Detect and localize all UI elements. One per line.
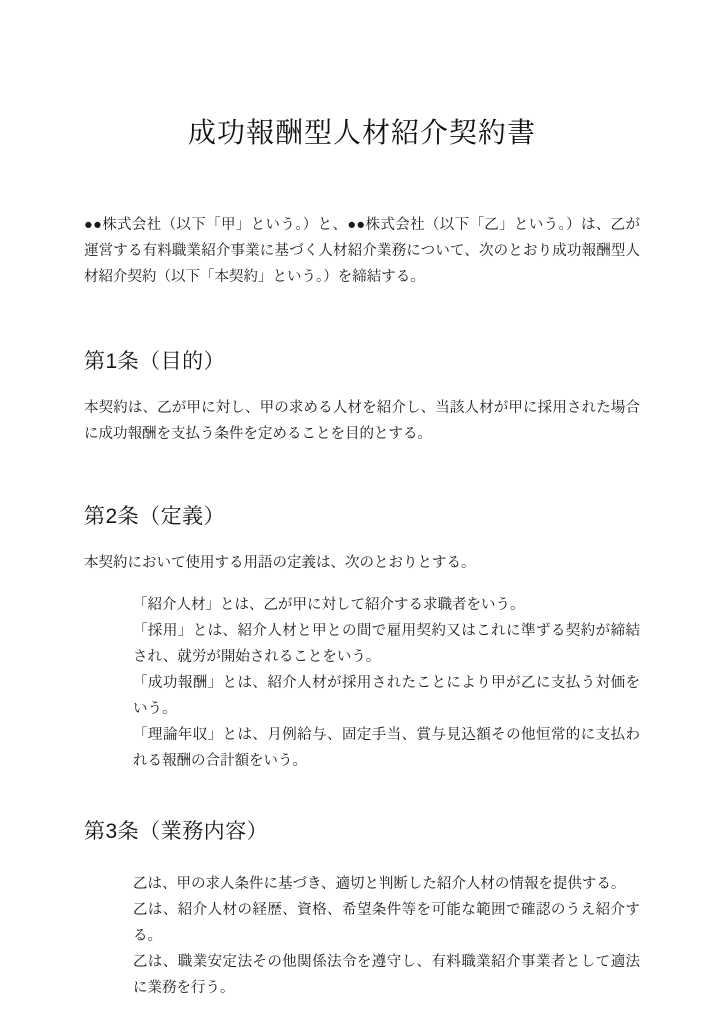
document-title: 成功報酬型人材紹介契約書	[84, 0, 640, 150]
service-item-verify-candidate-background: 乙は、紹介人材の経歴、資格、希望条件等を可能な範囲で確認のうえ紹介する。	[133, 897, 640, 949]
article-1-body: 本契約は、乙が甲に対し、甲の求める人材を紹介し、当該人材が甲に採用された場合に成…	[84, 395, 640, 447]
preamble-paragraph: ●●株式会社（以下「甲」という。）と、●●株式会社（以下「乙」という。）は、乙が…	[84, 212, 640, 290]
service-item-legal-compliance: 乙は、職業安定法その他関係法令を遵守し、有料職業紹介事業者として適法に業務を行う…	[133, 949, 640, 1001]
article-3-service-list: 乙は、甲の求人条件に基づき、適切と判断した紹介人材の情報を提供する。 乙は、紹介…	[133, 871, 640, 1001]
article-2-body: 本契約において使用する用語の定義は、次のとおりとする。	[84, 550, 640, 576]
article-2-definition-list: 「紹介人材」とは、乙が甲に対して紹介する求職者をいう。 「採用」とは、紹介人材と…	[133, 592, 640, 774]
definition-item-hiring: 「採用」とは、紹介人材と甲との間で雇用契約又はこれに準ずる契約が締結され、就労が…	[133, 618, 640, 670]
definition-item-theoretical-annual-income: 「理論年収」とは、月例給与、固定手当、賞与見込額その他恒常的に支払われる報酬の合…	[133, 722, 640, 774]
definition-item-success-fee: 「成功報酬」とは、紹介人材が採用されたことにより甲が乙に支払う対価をいう。	[133, 670, 640, 722]
article-2-definitions: 第2条（定義） 本契約において使用する用語の定義は、次のとおりとする。 「紹介人…	[84, 503, 640, 774]
article-1-purpose: 第1条（目的） 本契約は、乙が甲に対し、甲の求める人材を紹介し、当該人材が甲に採…	[84, 348, 640, 447]
contract-document-page: 成功報酬型人材紹介契約書 ●●株式会社（以下「甲」という。）と、●●株式会社（以…	[0, 0, 724, 1024]
article-1-heading: 第1条（目的）	[84, 348, 640, 375]
article-3-scope-of-services: 第3条（業務内容） 乙は、甲の求人条件に基づき、適切と判断した紹介人材の情報を提…	[84, 818, 640, 1001]
service-item-provide-candidate-info: 乙は、甲の求人条件に基づき、適切と判断した紹介人材の情報を提供する。	[133, 871, 640, 897]
article-2-heading: 第2条（定義）	[84, 503, 640, 530]
article-3-heading: 第3条（業務内容）	[84, 818, 640, 845]
definition-item-referral-personnel: 「紹介人材」とは、乙が甲に対して紹介する求職者をいう。	[133, 592, 640, 618]
